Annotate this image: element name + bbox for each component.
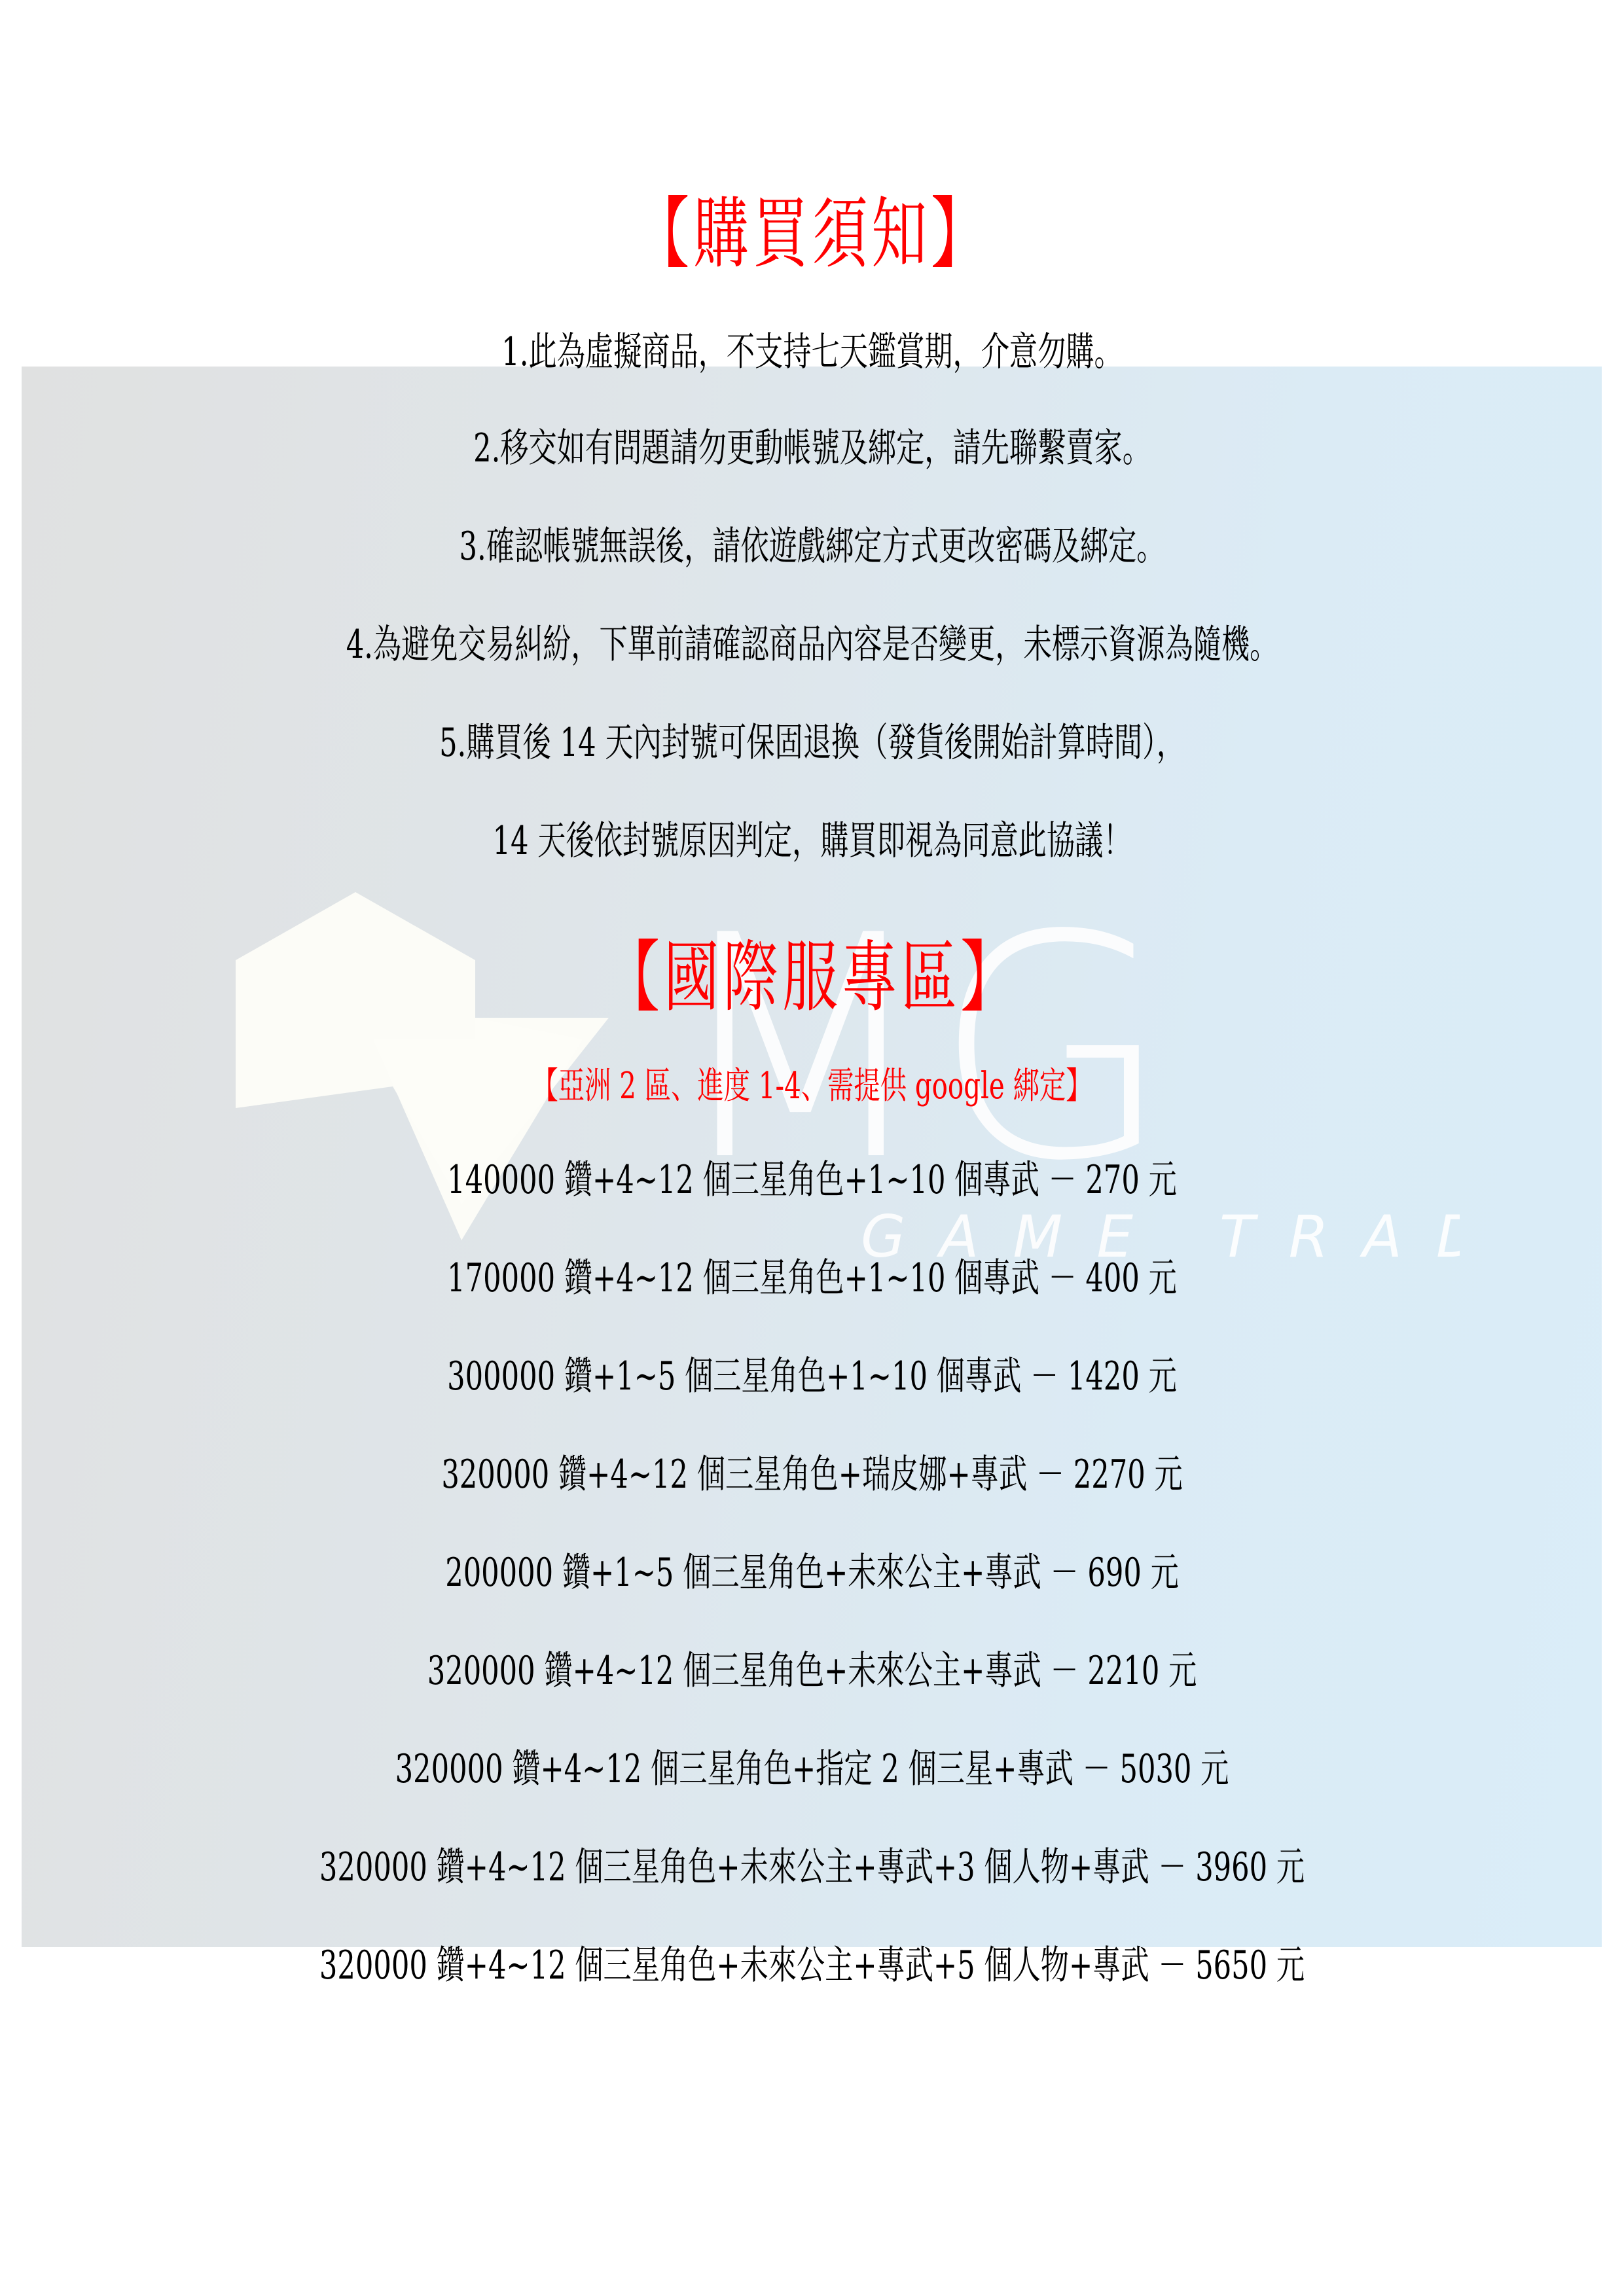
product-line-4: 320000 鑽+4~12 個三星角色+瑞皮娜+專武 － 2270 元 — [227, 1443, 1396, 1499]
product-line-3: 300000 鑽+1~5 個三星角色+1~10 個專武 － 1420 元 — [227, 1345, 1396, 1401]
product-line-2: 170000 鑽+4~12 個三星角色+1~10 個專武 － 400 元 — [227, 1247, 1396, 1303]
product-line-7: 320000 鑽+4~12 個三星角色+指定 2 個三星+專武 － 5030 元 — [227, 1738, 1396, 1794]
notice-item-5: 5.購買後 14 天內封號可保固退換（發貨後開始計算時間）， — [227, 711, 1396, 768]
notice-item-6: 14 天後依封號原因判定，購買即視為同意此協議！ — [227, 810, 1396, 866]
product-line-9: 320000 鑽+4~12 個三星角色+未來公主+專武+5 個人物+專武 － 5… — [227, 1934, 1396, 1990]
product-line-5: 200000 鑽+1~5 個三星角色+未來公主+專武 － 690 元 — [227, 1541, 1396, 1598]
notice-section-title: 【購買須知】 — [227, 171, 1396, 283]
notice-item-4: 4.為避免交易糾紛，下單前請確認商品內容是否變更，未標示資源為隨機。 — [227, 613, 1396, 670]
international-section-title: 【國際服專區】 — [227, 915, 1396, 1026]
notice-item-2: 2.移交如有問題請勿更動帳號及綁定，請先聯繫賣家。 — [227, 417, 1396, 473]
international-section-subtitle: 【亞洲 2 區、進度 1-4、需提供 google 綁定】 — [227, 1057, 1396, 1109]
product-line-6: 320000 鑽+4~12 個三星角色+未來公主+專武 － 2210 元 — [227, 1640, 1396, 1696]
notice-item-3: 3.確認帳號無誤後，請依遊戲綁定方式更改密碼及綁定。 — [227, 515, 1396, 571]
product-line-1: 140000 鑽+4~12 個三星角色+1~10 個專武 － 270 元 — [227, 1149, 1396, 1205]
product-line-8: 320000 鑽+4~12 個三星角色+未來公主+專武+3 個人物+專武 － 3… — [227, 1836, 1396, 1892]
notice-item-1: 1.此為虛擬商品，不支持七天鑑賞期，介意勿購。 — [227, 321, 1396, 377]
